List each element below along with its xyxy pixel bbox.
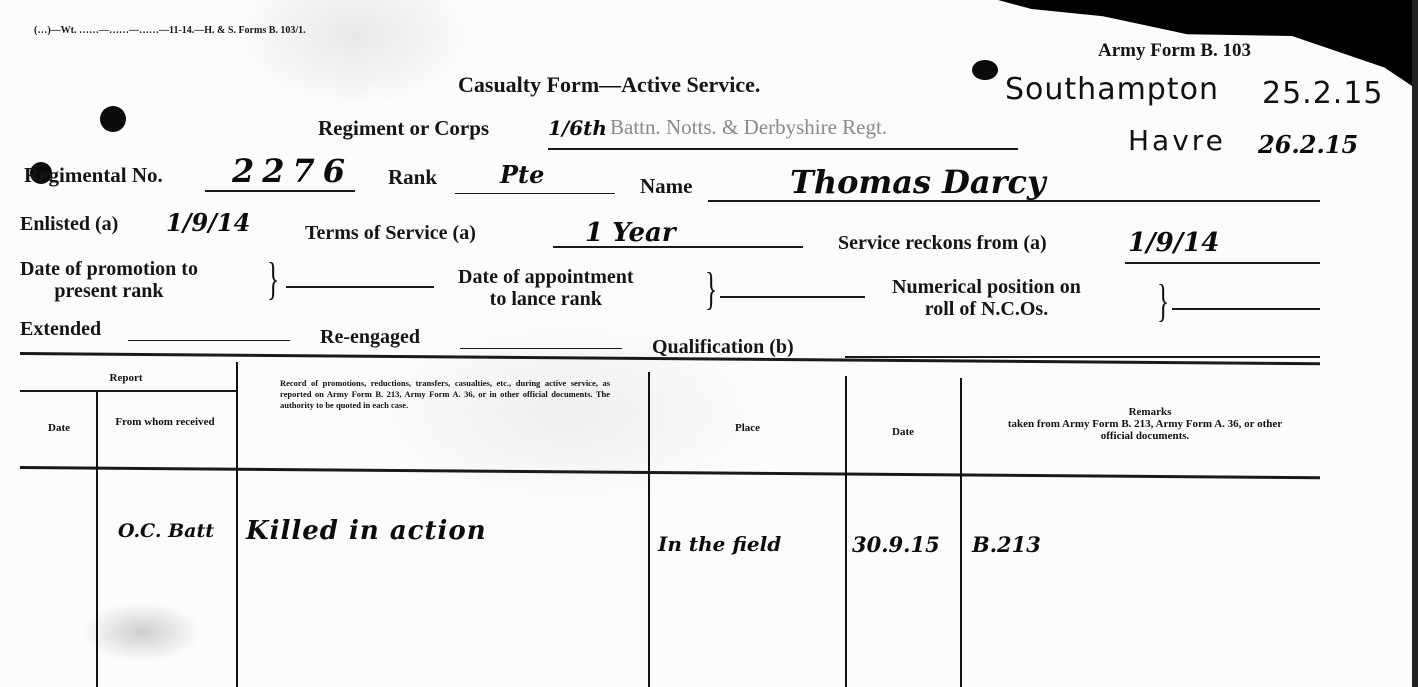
brace-icon: } <box>267 256 279 302</box>
print-code: (…)—Wt. ……—……—……—11-14.—H. & S. Forms B.… <box>34 25 306 36</box>
ink-blot <box>972 60 998 80</box>
header-date2: Date <box>847 426 959 438</box>
enlisted-label: Enlisted (a) <box>20 213 118 236</box>
promotion-label-line-1: Date of promotion to <box>20 258 198 280</box>
extended-underline <box>128 340 290 341</box>
rank-value: Pte <box>500 160 544 189</box>
scan-edge <box>1412 0 1418 687</box>
cell-record: Killed in action <box>246 516 487 546</box>
report-group-header: Report <box>96 372 156 384</box>
form-title: Casualty Form—Active Service. <box>458 72 760 98</box>
casualty-form-page: (…)—Wt. ……—……—……—11-14.—H. & S. Forms B.… <box>0 0 1418 687</box>
reengaged-underline <box>460 348 622 349</box>
lance-label: Date of appointment to lance rank <box>458 266 634 310</box>
header-record: Record of promotions, reductions, transf… <box>280 378 610 411</box>
brace-icon: } <box>1157 278 1169 324</box>
cell-place: In the field <box>658 532 781 556</box>
enlisted-value: 1/9/14 <box>166 208 250 237</box>
promotion-underline <box>286 286 434 288</box>
qualification-underline <box>845 356 1320 358</box>
regiment-underline <box>548 148 1018 150</box>
header-from-whom: From whom received <box>110 416 220 428</box>
table-header-rule <box>20 466 1320 479</box>
brace-icon: } <box>705 266 717 312</box>
nco-label-line-2: roll of N.C.Os. <box>892 298 1081 320</box>
name-underline <box>708 200 1320 202</box>
reengaged-label: Re-engaged <box>320 326 420 349</box>
embark-date-stamp: 25.2.15 <box>1262 76 1384 111</box>
promotion-label-line-2: present rank <box>20 280 198 302</box>
lance-underline <box>720 296 865 298</box>
arrive-place-stamp: Havre <box>1128 124 1226 157</box>
regimental-no-value: 2276 <box>232 152 353 190</box>
col-divider <box>845 376 847 687</box>
nco-underline <box>1172 308 1320 310</box>
arrive-date-stamp: 26.2.15 <box>1258 130 1358 159</box>
embark-place-stamp: Southampton <box>1005 72 1219 107</box>
promotion-label: Date of promotion to present rank <box>20 258 198 302</box>
name-value: Thomas Darcy <box>790 163 1046 201</box>
regiment-label: Regiment or Corps <box>318 116 489 141</box>
col-divider <box>236 362 238 687</box>
regiment-value: 1/6th <box>548 116 607 140</box>
regiment-printed: Battn. Notts. & Derbyshire Regt. <box>610 115 887 140</box>
cell-remarks: B.213 <box>972 532 1041 557</box>
cell-date2: 30.9.15 <box>852 532 940 557</box>
nco-label-line-1: Numerical position on <box>892 276 1081 298</box>
reckons-value: 1/9/14 <box>1128 228 1219 258</box>
col-divider <box>960 378 962 687</box>
rank-underline <box>455 193 615 194</box>
lance-label-line-2: to lance rank <box>458 288 634 310</box>
col-divider <box>648 372 650 687</box>
header-remarks-title: Remarks <box>1110 406 1190 418</box>
punch-hole <box>100 106 126 132</box>
cell-from-whom: O.C. Batt <box>118 520 214 542</box>
form-id: Army Form B. 103 <box>1098 40 1251 62</box>
header-remarks: taken from Army Form B. 213, Army Form A… <box>1000 418 1290 442</box>
terms-value: 1 Year <box>585 218 676 248</box>
nco-label: Numerical position on roll of N.C.Os. <box>892 276 1081 320</box>
rank-label: Rank <box>388 165 437 190</box>
extended-label: Extended <box>20 318 101 341</box>
col-divider <box>96 392 98 687</box>
report-subrule <box>20 390 238 392</box>
header-date: Date <box>24 422 94 434</box>
header-place: Place <box>650 422 845 434</box>
terms-label: Terms of Service (a) <box>305 222 476 245</box>
regimental-no-underline <box>205 190 355 192</box>
lance-label-line-1: Date of appointment <box>458 266 634 288</box>
name-label: Name <box>640 174 692 199</box>
regimental-no-label: Regimental No. <box>24 163 163 188</box>
reckons-label: Service reckons from (a) <box>838 232 1047 255</box>
qualification-label: Qualification (b) <box>652 336 794 359</box>
terms-underline <box>553 246 803 248</box>
reckons-underline <box>1125 262 1320 264</box>
